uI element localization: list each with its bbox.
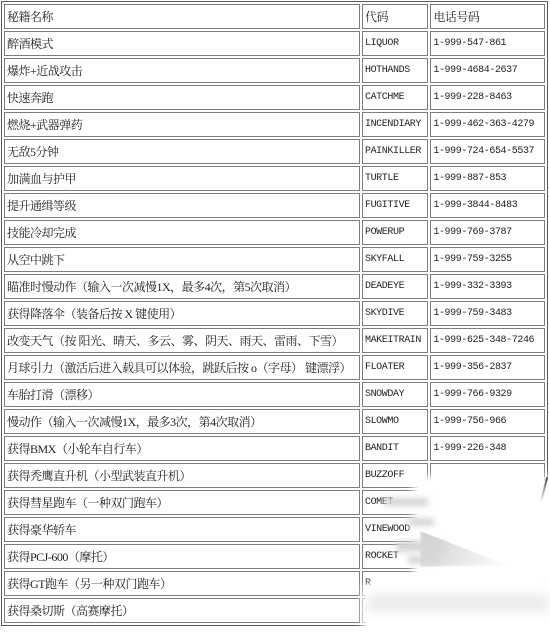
phone-cell: 1-999-759-3483: [430, 301, 545, 326]
cheat-name-cell: 获得桑切斯（高赛摩托）: [4, 598, 360, 623]
code-cell: BANDIT: [362, 436, 428, 461]
cheat-name-cell: 获得BMX（小轮车自行车）: [4, 436, 360, 461]
code-cell: INCENDIARY: [362, 112, 428, 137]
cheat-name-cell: 从空中跳下: [4, 247, 360, 272]
code-cell: MAKEITRAIN: [362, 328, 428, 353]
cheat-name-cell: 获得GT跑车（另一种双门跑车）: [4, 571, 360, 596]
cheat-name-cell: 燃烧+武器弹药: [4, 112, 360, 137]
cheat-name-cell: 爆炸+近战攻击: [4, 58, 360, 83]
col-header-cheat-name: 秘籍名称: [4, 4, 360, 29]
cheat-codes-page: 秘籍名称 代码 电话号码 醉酒模式 LIQUOR 1-999-547-861 爆…: [0, 0, 550, 644]
table-row: 瞄准时慢动作（输入一次减慢1X，最多4次，第5次取消） DEADEYE 1-99…: [4, 274, 545, 299]
table-row: 车胎打滑（漂移） SNOWDAY 1-999-766-9329: [4, 382, 545, 407]
smudge-streak: [408, 518, 434, 526]
table-row: 从空中跳下 SKYFALL 1-999-759-3255: [4, 247, 545, 272]
phone-cell: 1-999-769-3787: [430, 220, 545, 245]
code-cell: SNOWDAY: [362, 382, 428, 407]
cheat-name-cell: 获得降落伞（装备后按 X 键使用）: [4, 301, 360, 326]
phone-cell: 1-999-625-348-7246: [430, 328, 545, 353]
table-row: 无敌5分钟 PAINKILLER 1-999-724-654-5537: [4, 139, 545, 164]
phone-cell: 1-999-228-8463: [430, 85, 545, 110]
code-cell: FUGITIVE: [362, 193, 428, 218]
table-row: 月球引力（激活后进入载具可以体验，跳跃后按 o（字母） 键漂浮） FLOATER…: [4, 355, 545, 380]
phone-cell: 1-999-547-861: [430, 31, 545, 56]
phone-cell: 1-999-356-2837: [430, 355, 545, 380]
cheat-name-cell: 技能冷却完成: [4, 220, 360, 245]
col-header-phone-number: 电话号码: [430, 4, 545, 29]
table-header-row: 秘籍名称 代码 电话号码: [4, 4, 545, 29]
cheat-name-cell: 慢动作（输入一次减慢1X，最多3次，第4次取消）: [4, 409, 360, 434]
code-cell: CATCHME: [362, 85, 428, 110]
code-cell: SLOWMO: [362, 409, 428, 434]
smudge-streak: [396, 541, 446, 552]
phone-cell: 1-999-724-654-5537: [430, 139, 545, 164]
phone-cell: 1-999-3844-8483: [430, 193, 545, 218]
smudge-streak: [408, 556, 436, 564]
table-row: 燃烧+武器弹药 INCENDIARY 1-999-462-363-4279: [4, 112, 545, 137]
table-row: 提升通缉等级 FUGITIVE 1-999-3844-8483: [4, 193, 545, 218]
table-row: 改变天气（按 阳光、晴天、多云、雾、阴天、雨天、雷雨、下雪） MAKEITRAI…: [4, 328, 545, 353]
code-cell: PAINKILLER: [362, 139, 428, 164]
code-cell: LIQUOR: [362, 31, 428, 56]
cheat-name-cell: 获得秃鹰直升机（小型武装直升机）: [4, 463, 360, 488]
phone-cell: 1-999-887-853: [430, 166, 545, 191]
cheat-name-cell: 获得豪华轿车: [4, 517, 360, 542]
code-cell: HOTHANDS: [362, 58, 428, 83]
cheat-name-cell: 醉酒模式: [4, 31, 360, 56]
phone-cell: 1-999-226-348: [430, 436, 545, 461]
code-cell: TURTLE: [362, 166, 428, 191]
code-cell: FLOATER: [362, 355, 428, 380]
phone-cell: 1-999-766-9329: [430, 382, 545, 407]
table-row: 获得BMX（小轮车自行车） BANDIT 1-999-226-348: [4, 436, 545, 461]
code-cell: SKYFALL: [362, 247, 428, 272]
cheat-name-cell: 获得彗星跑车（一种双门跑车）: [4, 490, 360, 515]
table-row: 技能冷却完成 POWERUP 1-999-769-3787: [4, 220, 545, 245]
phone-cell: 1-999-4684-2637: [430, 58, 545, 83]
table-row: 醉酒模式 LIQUOR 1-999-547-861: [4, 31, 545, 56]
table-row: 加满血与护甲 TURTLE 1-999-887-853: [4, 166, 545, 191]
cheat-name-cell: 加满血与护甲: [4, 166, 360, 191]
smudge-band: [368, 594, 548, 612]
table-row: 爆炸+近战攻击 HOTHANDS 1-999-4684-2637: [4, 58, 545, 83]
cheat-name-cell: 车胎打滑（漂移）: [4, 382, 360, 407]
cheat-name-cell: 改变天气（按 阳光、晴天、多云、雾、阴天、雨天、雷雨、下雪）: [4, 328, 360, 353]
col-header-code: 代码: [362, 4, 428, 29]
code-cell: POWERUP: [362, 220, 428, 245]
cheat-name-cell: 瞄准时慢动作（输入一次减慢1X，最多4次，第5次取消）: [4, 274, 360, 299]
cheat-name-cell: 无敌5分钟: [4, 139, 360, 164]
cheat-name-cell: 快速奔跑: [4, 85, 360, 110]
cheat-name-cell: 获得PCJ-600（摩托）: [4, 544, 360, 569]
cheat-name-cell: 提升通缉等级: [4, 193, 360, 218]
smudge-streak: [384, 498, 428, 506]
table-row: 获得降落伞（装备后按 X 键使用） SKYDIVE 1-999-759-3483: [4, 301, 545, 326]
code-cell: DEADEYE: [362, 274, 428, 299]
phone-cell: 1-999-756-966: [430, 409, 545, 434]
phone-cell: 1-999-462-363-4279: [430, 112, 545, 137]
table-row: 慢动作（输入一次减慢1X，最多3次，第4次取消） SLOWMO 1-999-75…: [4, 409, 545, 434]
table-row: 快速奔跑 CATCHME 1-999-228-8463: [4, 85, 545, 110]
phone-cell: 1-999-332-3393: [430, 274, 545, 299]
phone-cell: 1-999-759-3255: [430, 247, 545, 272]
cheat-name-cell: 月球引力（激活后进入载具可以体验，跳跃后按 o（字母） 键漂浮）: [4, 355, 360, 380]
code-cell: SKYDIVE: [362, 301, 428, 326]
